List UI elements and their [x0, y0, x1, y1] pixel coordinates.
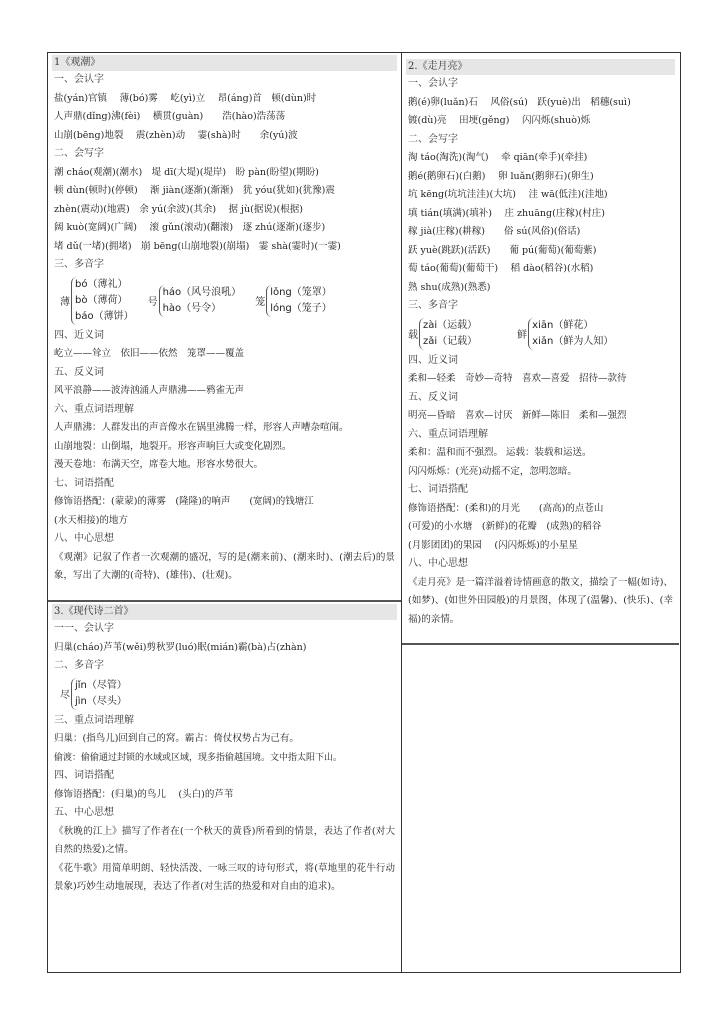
polyphone-char: 载: [408, 326, 418, 341]
paragraph: 《花牛歌》用简单明朗、轻快活泼、一咏三叹的诗句形式，将(草地里的花牛行动景象)巧…: [54, 860, 395, 897]
polyphone-char: 号: [148, 293, 158, 308]
reading: xiǎn（鲜为人知）: [532, 334, 613, 350]
section-heading: 五、反义词: [408, 389, 673, 408]
section-heading: 七、词语搭配: [408, 481, 673, 500]
section-heading: 一、会认字: [54, 71, 395, 90]
text-line: 堵 dǔ(一堵)(拥堵) 崩 bēng(山崩地裂)(崩塌) 霎 shà(霎时)(…: [54, 238, 395, 257]
polyphone-item: 鲜 xiān（鲜花） xiǎn（鲜为人知）: [517, 318, 613, 350]
polyphone-group: 尽 jǐn（尽管） jìn（尽头）: [60, 678, 395, 710]
lesson-1-cell: 1《观潮》 一、会认字 盐(yán)官镇 薄(bó)雾 屹(yì)立 昂(áng…: [48, 53, 401, 602]
text-line: 顿 dùn(顿时)(停顿) 渐 jiàn(逐渐)(渐渐) 犹 yóu(犹如)(犹…: [54, 182, 395, 201]
text-line: 山崩(bēng)地裂 震(zhèn)动 霎(shà)时 余(yú)波: [54, 127, 395, 146]
lesson-title: 1《观潮》: [52, 55, 397, 71]
text-line: 修饰语搭配：(归巢)的鸟儿 (头白)的芦苇: [54, 786, 395, 805]
brace: zài（运载） zǎi（记载）: [419, 318, 477, 350]
text-line: 稼 jià(庄稼)(耕稼) 俗 sú(风俗)(俗话): [408, 223, 673, 242]
section-heading: 三、多音字: [408, 297, 673, 316]
section-heading: 四、近义词: [54, 327, 395, 346]
reading: lóng（笼子）: [270, 301, 332, 317]
text-line: 萄 táo(葡萄)(葡萄干) 稻 dào(稻谷)(水稻): [408, 260, 673, 279]
section-heading: 六、重点词语理解: [54, 401, 395, 420]
text-line: (可爱)的小水塘 (新鲜)的花瓣 (成熟)的稻谷: [408, 518, 673, 537]
text-line: 漫天卷地：布满天空，席卷大地。形容水势很大。: [54, 456, 395, 475]
text-line: 屹立——耸立 依旧——依然 笼罩——覆盖: [54, 345, 395, 364]
polyphone-group: 载 zài（运载） zǎi（记载） 鲜 xiān（鲜花） xiǎn（鲜为人知）: [408, 318, 673, 350]
section-heading: 五、反义词: [54, 364, 395, 383]
text-line: 人声鼎(dǐng)沸(fèi) 横贯(guàn) 浩(hào)浩荡荡: [54, 108, 395, 127]
text-line: 鹅(é)卵(luǎn)石 风俗(sú) 跃(yuè)出 稻穗(suì): [408, 94, 673, 113]
reading: jǐn（尽管）: [75, 678, 127, 694]
brace: lǒng（笼罩） lóng（笼子）: [266, 285, 332, 317]
text-line: 柔和：温和而不强烈。 运载：装载和运送。: [408, 444, 673, 463]
paragraph: 《走月亮》是一篇洋溢着诗情画意的散文，描绘了一幅(如诗)、(如梦)、(如世外田园…: [408, 574, 673, 630]
text-line: 明亮—昏暗 喜欢—讨厌 新鲜—陈旧 柔和—强烈: [408, 407, 673, 426]
text-line: (水天相接)的地方: [54, 512, 395, 531]
reading: zài（运载）: [423, 318, 477, 334]
text-line: (月影团团)的果园 (闪闪烁烁)的小星星: [408, 537, 673, 556]
section-heading: 二、会写字: [54, 145, 395, 164]
paragraph: 《秋晚的江上》描写了作者在(一个秋天的黄昏)所看到的情景，表达了作者(对大自然的…: [54, 823, 395, 860]
reading: zǎi（记载）: [423, 334, 477, 350]
brace: jǐn（尽管） jìn（尽头）: [71, 678, 127, 710]
section-heading: 四、近义词: [408, 352, 673, 371]
lesson-2-cell: 2.《走月亮》 一、会认字 鹅(é)卵(luǎn)石 风俗(sú) 跃(yuè)…: [402, 53, 679, 645]
reading: háo（风号浪吼）: [163, 285, 242, 301]
polyphone-item: 笼 lǒng（笼罩） lóng（笼子）: [255, 285, 332, 317]
section-heading: 三、多音字: [54, 256, 395, 275]
polyphone-char: 鲜: [517, 326, 527, 341]
reading: bó（薄礼）: [75, 277, 134, 293]
lesson-3-cell: 3.《现代诗二首》 一一、会认字 归巢(cháo)芦苇(wěi)剪秋罗(luó)…: [48, 602, 401, 972]
reading: báo（薄饼）: [75, 309, 134, 325]
text-line: 熟 shu(成熟)(熟悉): [408, 279, 673, 298]
text-line: 潮 cháo(观潮)(潮水) 堤 dī(大堤)(堤岸) 盼 pàn(盼望)(期盼…: [54, 164, 395, 183]
right-column: 2.《走月亮》 一、会认字 鹅(é)卵(luǎn)石 风俗(sú) 跃(yuè)…: [401, 53, 679, 972]
lesson-title: 2.《走月亮》: [406, 59, 675, 75]
section-heading: 二、会写字: [408, 131, 673, 150]
text-line: 山崩地裂：山倒塌，地裂开。形容声响巨大或变化剧烈。: [54, 438, 395, 457]
text-line: 坑 kēng(坑坑洼洼)(大坑) 洼 wā(低洼)(洼地): [408, 186, 673, 205]
text-line: 阔 kuò(宽阔)(广阔) 滚 gǔn(滚动)(翻滚) 逐 zhú(逐渐)(逐步…: [54, 219, 395, 238]
reading: bò（薄荷）: [75, 293, 134, 309]
brace: háo（风号浪吼） hào（号令）: [159, 285, 242, 317]
section-heading: 一、会认字: [408, 75, 673, 94]
section-heading: 一一、会认字: [54, 620, 395, 639]
text-line: 盐(yán)官镇 薄(bó)雾 屹(yì)立 昂(áng)首 顿(dùn)时: [54, 90, 395, 109]
brace: xiān（鲜花） xiǎn（鲜为人知）: [528, 318, 613, 350]
text-line: 人声鼎沸：人群发出的声音像水在锅里沸腾一样，形容人声嘈杂喧闹。: [54, 419, 395, 438]
section-heading: 五、中心思想: [54, 804, 395, 823]
paragraph: 《观潮》记叙了作者一次观潮的盛况，写的是(潮来前)、(潮来时)、(潮去后)的景象…: [54, 549, 395, 586]
text-line: 闪闪烁烁：(光亮)动摇不定，忽明忽暗。: [408, 463, 673, 482]
text-line: 跃 yuè(跳跃)(活跃) 葡 pú(葡萄)(葡萄紫): [408, 242, 673, 261]
polyphone-item: 号 háo（风号浪吼） hào（号令）: [148, 285, 242, 317]
text-line: 归巢：(指鸟儿)回到自己的窝。霸占：倚仗权势占为己有。: [54, 730, 395, 749]
polyphone-char: 笼: [255, 293, 265, 308]
section-heading: 三、重点词语理解: [54, 712, 395, 731]
reading: lǒng（笼罩）: [270, 285, 332, 301]
section-heading: 八、中心思想: [408, 555, 673, 574]
left-column: 1《观潮》 一、会认字 盐(yán)官镇 薄(bó)雾 屹(yì)立 昂(áng…: [48, 53, 401, 972]
text-line: 风平浪静——波涛汹涌人声鼎沸——鸦雀无声: [54, 382, 395, 401]
reading: hào（号令）: [163, 301, 242, 317]
section-heading: 二、多音字: [54, 657, 395, 676]
section-heading: 八、中心思想: [54, 530, 395, 549]
polyphone-item: 薄 bó（薄礼） bò（薄荷） báo（薄饼）: [60, 277, 134, 325]
reading: jìn（尽头）: [75, 694, 127, 710]
section-heading: 六、重点词语理解: [408, 426, 673, 445]
text-line: 填 tián(填满)(填补) 庄 zhuāng(庄稼)(村庄): [408, 205, 673, 224]
polyphone-item: 尽 jǐn（尽管） jìn（尽头）: [60, 678, 127, 710]
polyphone-group: 薄 bó（薄礼） bò（薄荷） báo（薄饼） 号 háo（风号浪吼） hào（…: [60, 277, 395, 325]
text-line: 柔和—轻柔 奇妙—奇特 喜欢—喜爱 招待—款待: [408, 370, 673, 389]
text-line: zhèn(震动)(地震) 余 yú(余波)(其余) 据 jù(据说)(根据): [54, 201, 395, 220]
lesson-title: 3.《现代诗二首》: [52, 604, 397, 620]
empty-cell: [402, 645, 679, 972]
text-line: 偷渡：偷偷通过封锁的水域或区域，现多指偷越国境。文中指太阳下山。: [54, 749, 395, 768]
text-line: 修饰语搭配：(柔和)的月光 (高高)的点苍山: [408, 500, 673, 519]
polyphone-char: 薄: [60, 293, 70, 308]
text-line: 镀(dù)亮 田埂(gěng) 闪闪烁(shuò)烁: [408, 112, 673, 131]
reading: xiān（鲜花）: [532, 318, 613, 334]
text-line: 淘 táo(淘洗)(淘气) 牵 qiān(牵手)(牵挂): [408, 149, 673, 168]
study-notes-table: 1《观潮》 一、会认字 盐(yán)官镇 薄(bó)雾 屹(yì)立 昂(áng…: [47, 52, 681, 973]
brace: bó（薄礼） bò（薄荷） báo（薄饼）: [71, 277, 134, 325]
text-line: 鹅é(鹅卵石)(白鹅) 卵 luǎn(鹅卵石)(卵生): [408, 168, 673, 187]
polyphone-char: 尽: [60, 686, 70, 701]
text-line: 修饰语搭配：(蒙蒙)的薄雾 (隆隆)的响声 (宽阔)的钱塘江: [54, 493, 395, 512]
section-heading: 七、词语搭配: [54, 475, 395, 494]
section-heading: 四、词语搭配: [54, 767, 395, 786]
text-line: 归巢(cháo)芦苇(wěi)剪秋罗(luó)眠(mián)霸(bà)占(zhà…: [54, 639, 395, 658]
polyphone-item: 载 zài（运载） zǎi（记载）: [408, 318, 477, 350]
